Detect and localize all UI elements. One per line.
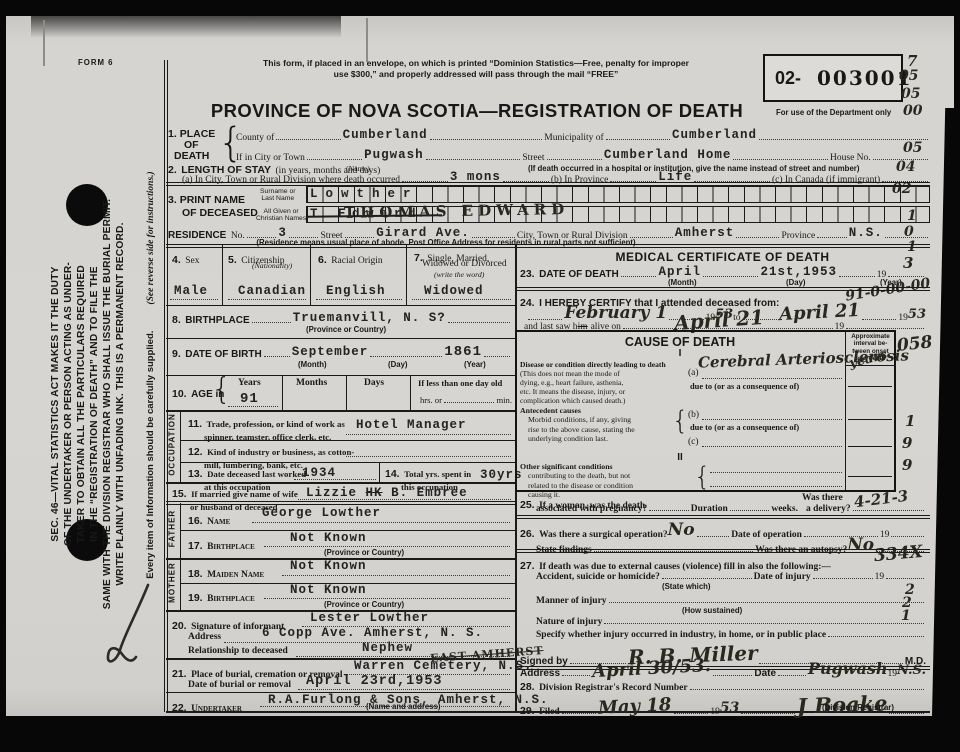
s28-label: Division Registrar's Record Number: [539, 683, 688, 693]
s26-findings-label: State findings: [536, 545, 592, 555]
s5-sublabel: (Nationality): [252, 261, 292, 270]
rule: [515, 287, 930, 291]
street-label: Street: [522, 153, 544, 163]
informant-relationship-value: Nephew: [362, 641, 413, 655]
disease-description: Disease or condition directly leading to…: [520, 360, 686, 405]
rule: [515, 515, 930, 519]
s22-note: (Name and address): [366, 702, 441, 711]
leader: [702, 419, 842, 420]
age-hrs-label: hrs. or: [420, 395, 442, 405]
age-days-label: Days: [364, 378, 384, 388]
cause-b-label: (b): [688, 410, 699, 420]
father-birthplace-value: Not Known: [290, 531, 367, 545]
s27-nature-row: Nature of injury: [536, 617, 926, 627]
cell-divider: [410, 375, 411, 410]
s25-label2: associated with pregnancy?: [536, 504, 647, 514]
residence-province-value: N.S.: [849, 226, 883, 240]
s25-delivery-row: a delivery?: [806, 504, 926, 514]
other-conditions-brace: {: [694, 462, 711, 492]
s2b-value: Life: [658, 170, 692, 184]
municipality-label: Municipality of: [544, 133, 603, 143]
mail-note-line1: This form, if placed in an envelope, on …: [196, 58, 756, 69]
racial-origin-value: English: [326, 284, 386, 298]
s23-day-note: (Day): [786, 278, 806, 287]
signed-date-value2: N.S.: [897, 663, 926, 678]
s6-label: 6. Racial Origin: [318, 250, 383, 268]
rule: [166, 410, 515, 412]
s25-row2: associated with pregnancy? Duration week…: [536, 504, 798, 514]
leader: [346, 456, 511, 457]
s9-number: 9.: [172, 348, 181, 360]
s27-manner-label: Manner of injury: [536, 596, 607, 606]
strip-divider: [180, 503, 181, 610]
s23-number: 23.: [520, 268, 535, 280]
leader: [412, 299, 511, 300]
s25-weeks-label: weeks.: [771, 504, 798, 514]
mail-note: This form, if placed in an envelope, on …: [196, 58, 756, 80]
fold-mark-mid: [366, 18, 368, 62]
father-side-label: FATHER: [168, 502, 177, 556]
residence-note: (Residence means usual place of abode. P…: [166, 238, 726, 247]
s27-pre: 19: [875, 572, 885, 582]
rule: [848, 419, 892, 420]
municipality-value: Cumberland: [672, 128, 757, 142]
medical-certificate-title: MEDICAL CERTIFICATE OF DEATH: [515, 250, 930, 264]
leader: [710, 486, 842, 487]
s29-number: 29.: [520, 705, 535, 717]
filed-year-value: 53: [720, 700, 739, 716]
rule: [166, 305, 515, 306]
leader: [282, 575, 510, 576]
supplied-note-text: Every item of Information should be care…: [145, 331, 156, 579]
burial-date-value: April 23rd,1953: [306, 674, 443, 689]
filed-date-value: May 18: [598, 694, 672, 719]
leader: [702, 378, 842, 379]
other-conditions-description: Other significant conditions contributin…: [520, 462, 696, 500]
s27-doi-label: Date of injury: [754, 572, 811, 582]
page-title: PROVINCE OF NOVA SCOTIA—REGISTRATION OF …: [122, 100, 832, 122]
age-months-label: Months: [296, 378, 327, 388]
s21-date-label: Date of burial or removal: [188, 680, 291, 690]
occupation-side-label: OCCUPATION: [168, 409, 177, 481]
s27-specify-row: Specify whether injury occurred in indus…: [536, 630, 926, 640]
cell-divider: [310, 244, 311, 305]
age-years-label: Years: [238, 378, 261, 388]
margin-number: 1: [905, 412, 915, 430]
s26-autopsy-label: Was there an autopsy?: [755, 545, 847, 555]
registration-number-box: 02- 003001: [763, 54, 903, 102]
antecedent-description: Antecedent causes Morbid conditions, if …: [520, 406, 690, 444]
s18-label: 18. Maiden Name: [188, 564, 264, 582]
burial-place-value: Warren Cemetery, N.S.: [354, 659, 533, 673]
strip-divider: [180, 410, 181, 482]
margin-number: 00: [903, 103, 922, 119]
attended-to-year: 53: [908, 307, 926, 322]
house-no-label: House No.: [830, 153, 871, 163]
s11-labels: 11. Trade, profession, or kind of work a…: [188, 414, 345, 442]
s19-note: (Province or Country): [324, 600, 404, 609]
age-years-value: 91: [240, 391, 259, 407]
leader: [294, 479, 376, 480]
age-less-label: If less than one day old: [418, 378, 502, 388]
s13-value: 1934: [302, 466, 336, 480]
s23-year-note: (Year): [880, 278, 902, 287]
form-number: FORM 6: [78, 58, 113, 67]
cell-divider: [406, 244, 407, 305]
death-month-value: April: [658, 265, 701, 279]
dob-year-value: 1861: [444, 344, 482, 360]
s4-label: 4. Sex: [172, 250, 199, 268]
s7-label2: Widowed or Divorced: [422, 259, 507, 269]
s9-month-note: (Month): [298, 360, 327, 369]
s25-delivery-label: a delivery?: [806, 504, 851, 514]
s17-label: 17. Birthplace: [188, 536, 255, 554]
age-hrs-row: hrs. or min.: [420, 395, 512, 405]
s27-nature-label: Nature of injury: [536, 617, 602, 627]
fold-mark-left: [43, 20, 45, 66]
s20-address-label: Address: [188, 632, 221, 642]
birthplace-label: BIRTHPLACE: [185, 315, 249, 326]
sidebar-supplied-note: Every item of Information should be care…: [145, 95, 159, 655]
s2a-label: (a) In City, Town or Rural Division wher…: [182, 175, 400, 185]
s8-note: (Province or Country): [306, 325, 386, 334]
date-of-death-label: DATE OF DEATH: [539, 269, 619, 280]
leader: [252, 522, 510, 523]
cause-c-label: (c): [688, 437, 699, 447]
surname-label: Surname orLast Name: [260, 188, 296, 202]
s15-value: Lizzie HK B. Embree: [306, 486, 468, 500]
cause-due-to-2: due to (or as a consequence of): [690, 423, 799, 432]
scanned-death-certificate-page: { "margins": { "top0":"7","top1":"05","t…: [0, 0, 960, 752]
s3-title2: OF DECEASED: [182, 207, 258, 219]
autopsy-answer: No: [847, 535, 874, 555]
birthplace-value: Truemanvill, N. S?: [293, 311, 446, 325]
margin-number: 05: [899, 68, 918, 84]
s19-label: 19. Birthplace: [188, 588, 255, 606]
cell-divider: [222, 244, 223, 305]
s10-brace: {: [212, 372, 231, 407]
rule: [848, 446, 892, 447]
s17-note: (Province or Country): [324, 548, 404, 557]
s9-day-note: (Day): [388, 360, 408, 369]
s25-was-there: Was there: [802, 493, 843, 503]
s2-number: 2.: [168, 164, 177, 176]
attended-from-value: February 1: [564, 303, 667, 323]
s29-pre: 19: [710, 707, 720, 717]
given-label: All Given orChristian Names: [256, 208, 306, 222]
mother-side-label: MOTHER: [168, 554, 177, 612]
reverse-side-note: (See reverse side for instructions.): [146, 171, 156, 304]
cause-due-to-1: due to (or as a consequence of): [690, 382, 799, 391]
cause-a-label: (a): [688, 368, 699, 378]
informant-signature-value: Lester Lowther: [310, 611, 429, 625]
s26-number: 26.: [520, 528, 535, 540]
form-left-border: [164, 60, 168, 712]
scan-smudge: [31, 16, 341, 38]
s25-duration-label: Duration: [691, 504, 728, 514]
s2c-label: (c) In Canada (if immigrant): [772, 175, 880, 185]
s2a-value: 3 mons: [450, 170, 501, 184]
margin-number: 9: [902, 456, 912, 474]
s2-values-row: (a) In City, Town or Rural Division wher…: [182, 172, 930, 186]
surname-value: Lowther: [310, 187, 419, 201]
s11-value: Hotel Manager: [356, 418, 467, 432]
margin-number: 05: [901, 86, 920, 102]
s9-year-note: (Year): [464, 360, 486, 369]
s26-row2: State findings Was there an autopsy? No: [536, 537, 926, 557]
death-day-value: 21st,1953: [760, 265, 837, 279]
s29-registrar-note: (Division Registrar): [822, 703, 894, 712]
marital-value: Widowed: [424, 284, 484, 298]
informant-address-value: 6 Copp Ave. Amherst, N. S.: [262, 626, 483, 640]
leader: [298, 499, 511, 500]
rule: [166, 338, 515, 339]
s15-struck-initials: HK: [366, 486, 383, 500]
cell-divider: [346, 375, 347, 410]
s27-accident-label: Accident, suicide or homicide?: [536, 572, 660, 582]
s27-specify-label: Specify whether injury occurred in indus…: [536, 630, 826, 640]
notice-line: OF THE UNDERTAKER OR PERSON ACTING AS UN…: [62, 144, 75, 664]
cell-divider: [282, 375, 283, 410]
citizenship-value: Canadian: [238, 284, 306, 298]
leader: [710, 472, 842, 473]
notice-line: SEC. 46—VITAL STATISTICS ACT MAKES IT TH…: [49, 144, 62, 664]
mail-note-line2: use $300,” and properly addressed will p…: [196, 69, 756, 80]
s27-how-sustained-note: (How sustained): [682, 606, 742, 615]
leader: [298, 689, 510, 690]
s27-accident-row: Accident, suicide or homicide? Date of i…: [536, 572, 926, 582]
s9-row: 9. DATE OF BIRTH September 1861: [172, 344, 512, 362]
cause-title: CAUSE OF DEATH: [517, 335, 843, 349]
dob-label: DATE OF BIRTH: [185, 349, 261, 360]
leader: [702, 446, 842, 447]
margin-number: 9: [902, 434, 912, 452]
s28-number: 28.: [520, 681, 535, 693]
rule: [848, 386, 892, 387]
rule: [848, 476, 892, 477]
age-min-label: min.: [496, 395, 512, 405]
mother-birthplace-value: Not Known: [290, 583, 367, 597]
s27-state-which-note: (State which): [662, 582, 711, 591]
leader: [346, 434, 511, 435]
cell-divider: [379, 462, 380, 482]
s7-label3: (write the word): [434, 270, 484, 279]
father-name-value: George Lowther: [262, 506, 381, 520]
s27-manner-row: Manner of injury: [536, 596, 926, 606]
leader: [228, 299, 306, 300]
signed-date-value1: Pugwash: [808, 659, 888, 678]
leader: [228, 406, 278, 407]
s8-number: 8.: [172, 314, 181, 326]
county-label: County of: [236, 133, 274, 143]
s3-number-title: 3. PRINT NAME: [168, 194, 245, 206]
scan-right-wedge: [932, 108, 954, 716]
department-only-note: For use of the Department only: [776, 108, 891, 117]
certificate-paper: SEC. 46—VITAL STATISTICS ACT MAKES IT TH…: [6, 16, 954, 716]
handwritten-checkmark: [100, 582, 162, 682]
leader: [264, 598, 510, 599]
s22-label: 22. Undertaker: [172, 698, 242, 716]
sex-value: Male: [174, 284, 208, 298]
s2b-label: (b) In Province: [551, 175, 609, 185]
leader: [316, 299, 402, 300]
county-value: Cumberland: [343, 128, 428, 142]
s1-county-row: County of Cumberland Municipality of Cum…: [236, 130, 930, 144]
s20-relationship-label: Relationship to deceased: [188, 646, 288, 656]
street-value: Cumberland Home: [604, 148, 732, 162]
leader: [264, 546, 510, 547]
residence-province-label: Province: [781, 231, 815, 241]
registration-prefix: 02-: [775, 68, 801, 89]
notice-line: TAKER TO OBTAIN ALL THE PARTICULARS REQU…: [75, 144, 88, 664]
s23-row: 23. DATE OF DEATH April 21st,1953 19: [520, 264, 926, 282]
antecedent-brace: {: [672, 406, 689, 436]
mother-maiden-value: Not Known: [290, 559, 367, 573]
s29-filed-label: Filed: [539, 707, 560, 717]
leader: [170, 299, 218, 300]
dob-month-value: September: [292, 345, 369, 359]
s23-month-note: (Month): [668, 278, 697, 287]
s16-label: 16. Name: [188, 511, 230, 529]
